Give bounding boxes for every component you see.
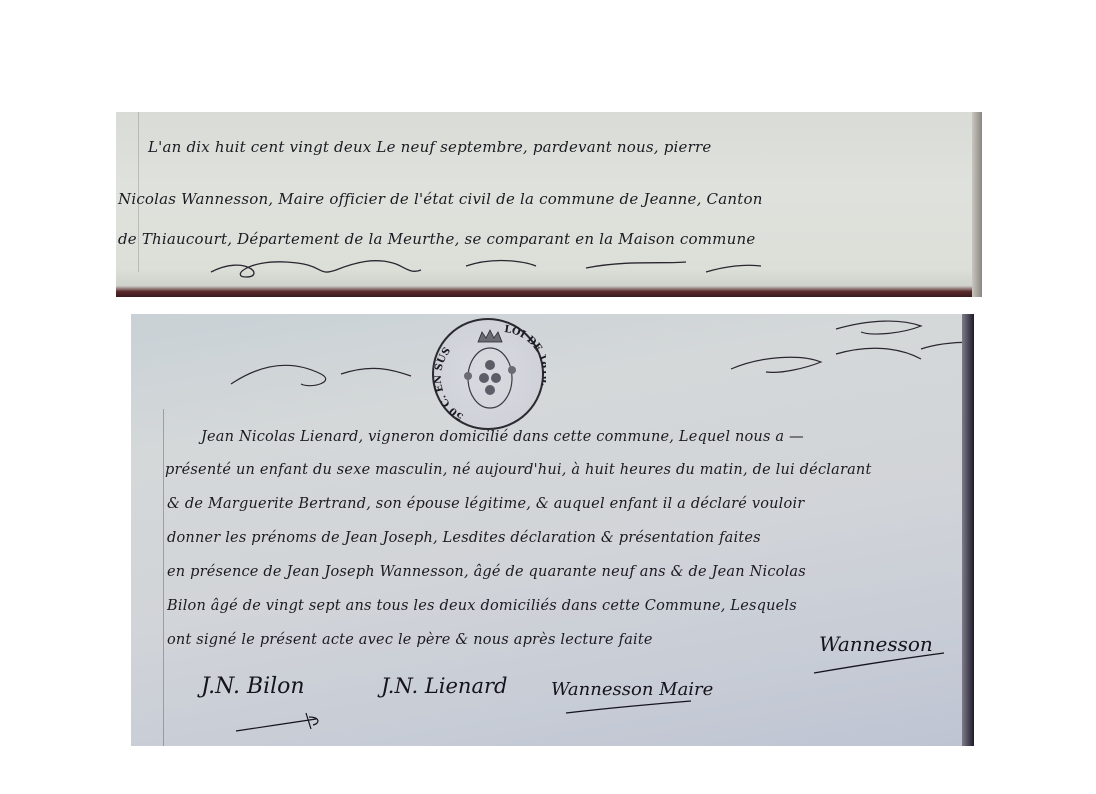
text-line-6: Bilon âgé de vingt sept ans tous les deu… <box>167 598 797 614</box>
tax-stamp: 50 C. EN SUS LOI DE 1816. <box>432 318 544 430</box>
text-line-2: présenté un enfant du sexe masculin, né … <box>165 462 872 478</box>
text-line-7: ont signé le présent acte avec le père &… <box>167 632 653 648</box>
paper-edge <box>962 314 974 746</box>
margin-line <box>163 409 164 746</box>
document-fragment-top: L'an dix huit cent vingt deux Le neuf se… <box>116 112 982 297</box>
signature-mayor-underline <box>561 699 701 719</box>
text-line-5: en présence de Jean Joseph Wannesson, âg… <box>167 564 806 580</box>
signature-witness-1: J.N. Bilon <box>201 674 305 699</box>
signature-flourish <box>231 709 331 739</box>
text-line-1: Jean Nicolas Lienard, vigneron domicilié… <box>201 429 804 445</box>
flourish-line <box>206 252 766 282</box>
signature-right-underline <box>809 649 949 679</box>
text-line-4: donner les prénoms de Jean Joseph, Lesdi… <box>167 530 761 546</box>
text-line-1: L'an dix huit cent vingt deux Le neuf se… <box>148 138 711 156</box>
flourish-header <box>221 334 974 404</box>
signature-mayor: Wannesson Maire <box>551 679 713 700</box>
stamp-text-right: LOI DE 1816. <box>504 324 546 388</box>
fleur-de-lis-crown-icon: 50 C. EN SUS LOI DE 1816. <box>434 320 546 432</box>
stamp-text-left: 50 C. EN SUS <box>434 346 466 422</box>
svg-text:LOI DE 1816.: LOI DE 1816. <box>504 324 546 388</box>
text-line-3: de Thiaucourt, Département de la Meurthe… <box>118 230 755 248</box>
svg-text:50 C. EN SUS: 50 C. EN SUS <box>434 346 466 422</box>
signature-witness-2: J.N. Lienard <box>381 674 507 698</box>
text-line-2: Nicolas Wannesson, Maire officier de l'é… <box>118 190 763 208</box>
document-fragment-bottom: 50 C. EN SUS LOI DE 1816. Jean Nicolas L… <box>131 314 974 746</box>
paper-edge <box>972 112 982 297</box>
text-line-3: & de Marguerite Bertrand, son épouse lég… <box>167 496 804 512</box>
flourish-corner <box>831 314 971 339</box>
